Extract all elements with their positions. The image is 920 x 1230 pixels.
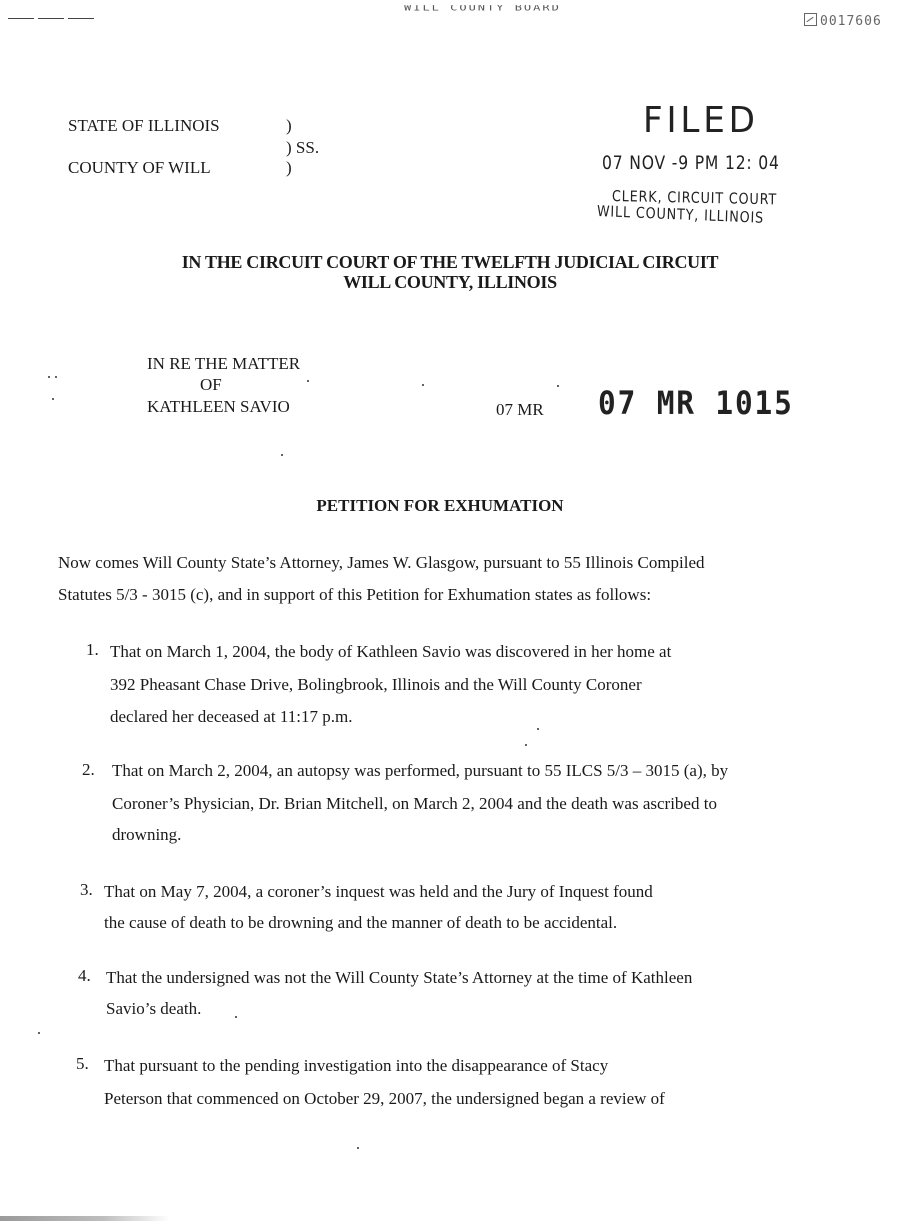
filed-stamp-date: 07 NOV -9 PM 12: 04 [602,152,780,174]
venue-state: STATE OF ILLINOIS [68,116,220,136]
paragraph-4-line1: That the undersigned was not the Will Co… [106,967,692,988]
scan-speck [38,1032,40,1034]
paragraph-2-line3: drowning. [112,824,181,845]
intro-line1: Now comes Will County State’s Attorney, … [58,552,705,573]
scan-speck [235,1016,237,1018]
venue-paren-bottom: ) [286,158,292,178]
scan-speck [52,398,54,400]
scan-speck [422,384,424,386]
paragraph-1-line1: That on March 1, 2004, the body of Kathl… [110,641,671,662]
venue-county: COUNTY OF WILL [68,158,211,178]
paragraph-5-number: 5. [76,1054,89,1074]
court-title-line2: WILL COUNTY, ILLINOIS [0,272,900,293]
filed-stamp-label: FILED [643,100,759,141]
scan-speck [537,728,539,730]
paragraph-1-line2: 392 Pheasant Chase Drive, Bolingbrook, I… [110,674,642,695]
paragraph-1-line3: declared her deceased at 11:17 p.m. [110,706,352,727]
page-number: 0017606 [804,13,882,29]
venue-ss: ) SS. [286,138,319,158]
paragraph-2-line2: Coroner’s Physician, Dr. Brian Mitchell,… [112,793,717,814]
caption-line1: IN RE THE MATTER [147,354,300,374]
scan-speck [557,385,559,387]
scan-speck [525,744,527,746]
case-number-prefix: 07 MR [496,400,544,420]
paragraph-3-number: 3. [80,880,93,900]
paragraph-4-line2: Savio’s death. [106,998,201,1019]
paragraph-2-number: 2. [82,760,95,780]
intro-line2: Statutes 5/3 - 3015 (c), and in support … [58,584,651,605]
paragraph-4-number: 4. [78,966,91,986]
petition-title: PETITION FOR EXHUMATION [0,496,880,516]
fax-header-rules [8,6,108,8]
paragraph-3-line1: That on May 7, 2004, a coroner’s inquest… [104,881,653,902]
paragraph-3-line2: the cause of death to be drowning and th… [104,912,617,933]
scan-edge-smudge [0,1216,170,1221]
scan-speck [281,454,283,456]
paragraph-1-number: 1. [86,640,99,660]
scan-speck [55,376,57,378]
page-number-text: 0017606 [820,14,882,29]
paragraph-5-line1: That pursuant to the pending investigati… [104,1055,608,1076]
fax-header: WILL COUNTY BOARD [404,2,561,13]
document-stamp-icon [804,13,817,26]
caption-line2: OF [200,375,222,395]
paragraph-5-line2: Peterson that commenced on October 29, 2… [104,1088,665,1109]
scan-speck [48,376,50,378]
case-number-stamp: 07 MR 1015 [598,384,794,422]
paragraph-2-line1: That on March 2, 2004, an autopsy was pe… [112,760,728,781]
scan-speck [357,1147,359,1149]
caption-party: KATHLEEN SAVIO [147,397,290,417]
court-title-line1: IN THE CIRCUIT COURT OF THE TWELFTH JUDI… [0,252,900,273]
scan-speck [307,380,309,382]
venue-paren-top: ) [286,116,292,136]
